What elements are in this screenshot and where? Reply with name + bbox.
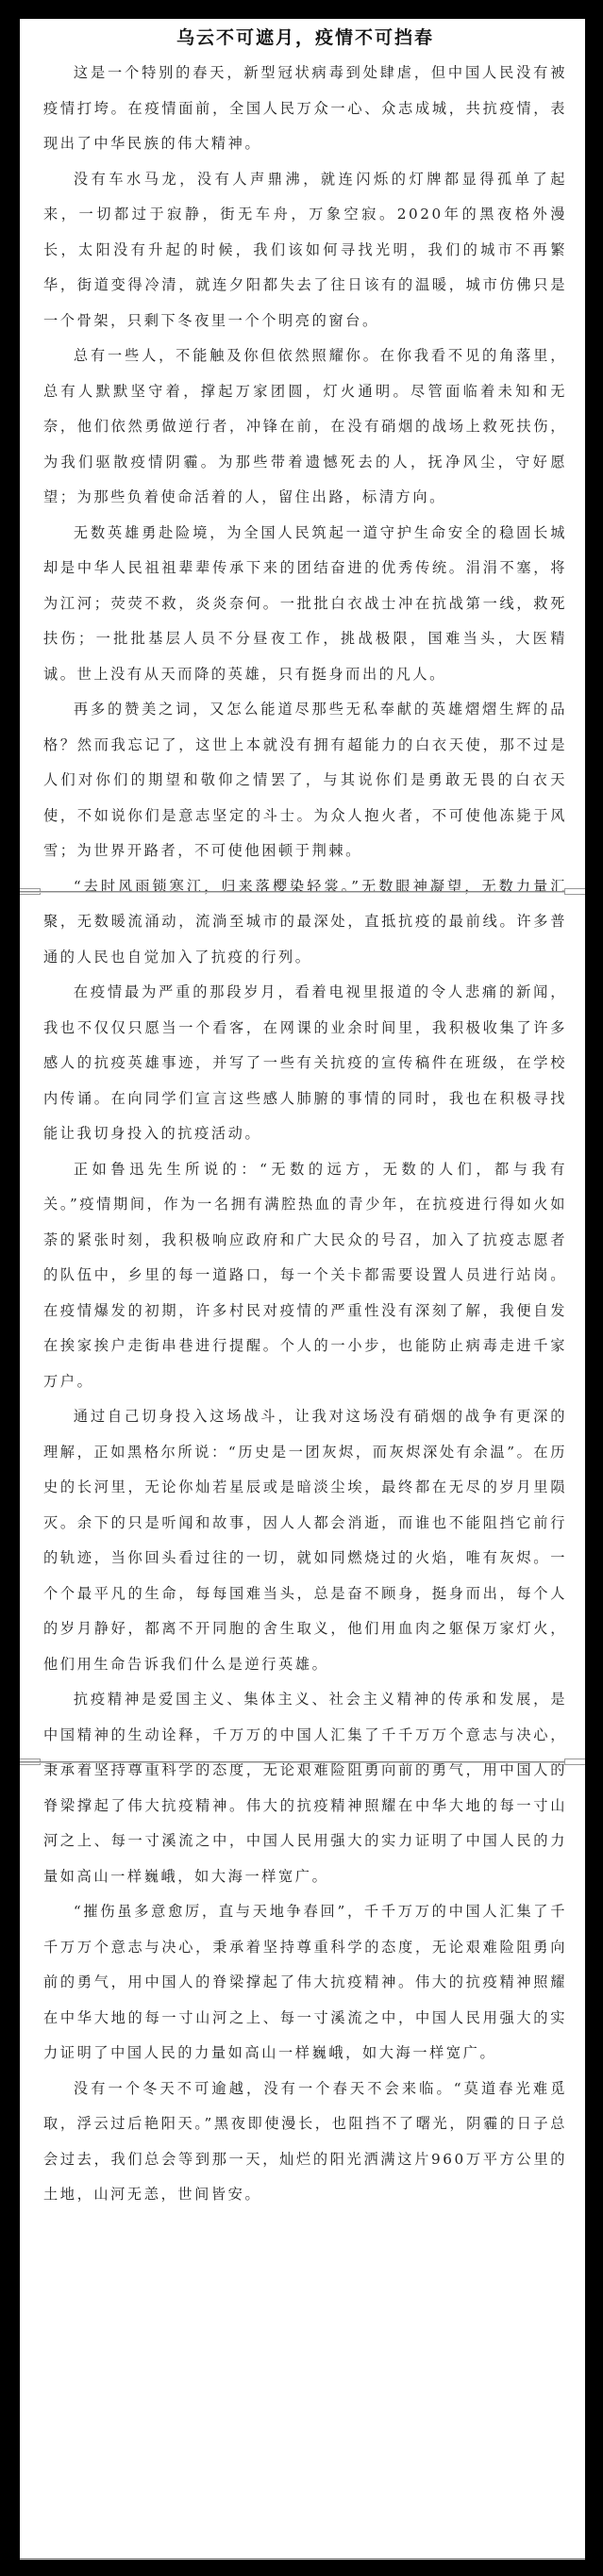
document-body: 乌云不可遮月，疫情不可挡春 这是一个特别的春天，新型冠状病毒到处肆虐，但中国人民…	[43, 19, 567, 2213]
paragraph: 通过自己切身投入这场战斗，让我对这场没有硝烟的战争有更深的理解，正如黑格尔所说：…	[43, 1399, 567, 1682]
document-page: 乌云不可遮月，疫情不可挡春 这是一个特别的春天，新型冠状病毒到处肆虐，但中国人民…	[20, 19, 585, 2560]
paragraph: 抗疫精神是爱国主义、集体主义、社会主义精神的传承和发展，是中国精神的生动诠释，千…	[43, 1682, 567, 1894]
paragraph: 没有一个冬天不可逾越，没有一个春天不会来临。“莫道春光难觅取，浮云过后艳阳天。”…	[43, 2072, 567, 2213]
paragraph: 正如鲁迅先生所说的：“无数的远方，无数的人们，都与我有关。”疫情期间，作为一名拥…	[43, 1152, 567, 1400]
paragraph: 总有一些人，不能触及你但依然照耀你。在你我看不见的角落里，总有人默默坚守着，撑起…	[43, 339, 567, 516]
page-break-2	[20, 1759, 585, 1766]
paragraph: “去时风雨锁寒江，归来落樱染轻裳。”无数眼神凝望，无数力量汇聚，无数暖流涌动，流…	[43, 869, 567, 976]
page-break-marker-right	[564, 888, 585, 895]
page-break-1	[20, 888, 585, 896]
document-title: 乌云不可遮月，疫情不可挡春	[43, 19, 567, 56]
paragraph: 再多的赞美之词，又怎么能道尽那些无私奉献的英雄熠熠生辉的品格？然而我忘记了，这世…	[43, 692, 567, 869]
page-break-marker-right	[564, 1759, 585, 1765]
page-break-line	[20, 1761, 585, 1762]
paragraph: 这是一个特别的春天，新型冠状病毒到处肆虐，但中国人民没有被疫情打垮。在疫情面前，…	[43, 56, 567, 162]
page-break-line	[20, 891, 585, 892]
paragraph: 在疫情最为严重的那段岁月，看着电视里报道的令人悲痛的新闻，我也不仅仅只愿当一个看…	[43, 975, 567, 1152]
paragraph: 无数英雄勇赴险境，为全国人民筑起一道守护生命安全的稳固长城却是中华人民祖祖辈辈传…	[43, 516, 567, 693]
paragraph: 没有车水马龙，没有人声鼎沸，就连闪烁的灯牌都显得孤单了起来，一切都过于寂静，街无…	[43, 162, 567, 339]
paragraph: “摧伤虽多意愈厉，直与天地争春回”，千千万万的中国人汇集了千千万万个意志与决心，…	[43, 1894, 567, 2072]
